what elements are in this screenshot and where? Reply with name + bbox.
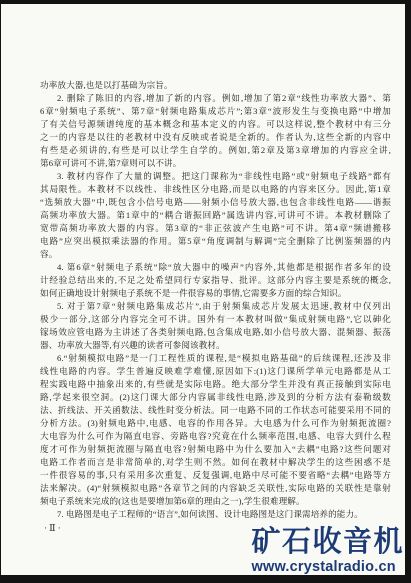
text-line: 3. 教材内容作了大量的调整。把这门课称为“非线性电路”或“射频电子线路”都有 (40, 170, 391, 183)
crystalradio-watermark: 矿石收音机 www.crystalradio.cn (251, 527, 404, 575)
text-line: 容。 (40, 248, 391, 261)
scanned-book-page: 功率放大器,也是以打基础为宗旨。2. 删除了陈旧的内容,增加了新的内容。例如,增… (0, 0, 411, 583)
text-line: 之一的内容是以往的老教材中没有反映或者说是全新的。作者认为,这些全新的内容中 (40, 131, 391, 144)
text-line: 6章“射频电子系统”、第7章“射频电路集成芯片”;第3章“波形发生与变换电路”中… (40, 105, 391, 118)
text-line: 宽带高频功率放大器的内容。第3章的“非正弦波产生电路”可不讲。第4章“频谱搬移 (40, 222, 391, 235)
watermark-logo-text: 矿石收音机 (251, 527, 404, 558)
text-line: 电路”应突出模拟乘法器的作用。第5章“角度调制与解调”完全删除了比例鉴频器的内 (40, 235, 391, 248)
text-line: 极少一部分,这部分内容完全可不讲。国外有一本教材叫做“集成射频电路”,它以砷化 (40, 313, 391, 326)
text-line: 计经验总结出来的,不足之处希望同行专家指导、批评。这部分内容主要是系统的概念, (40, 274, 391, 287)
page-text: 功率放大器,也是以打基础为宗旨。2. 删除了陈旧的内容,增加了新的内容。例如,增… (40, 79, 391, 521)
scan-border-left (0, 0, 1, 583)
text-line: 程实践电路中抽象出来的,有些就是实际电路。绝大部分学生并没有真正接触到实际电 (40, 378, 391, 391)
text-line: 7. 电路图是电子工程师的“语言”,如何读图、设计电路图是这门课需培养的能力。 (40, 508, 391, 521)
text-line: 器、功率放大器等,有兴趣的读者可参阅该教材。 (40, 339, 391, 352)
text-line: 线性电路的内容。学生普遍反映难学难懂,原因如下:(1)这门课所学单元电路都是从工 (40, 365, 391, 378)
text-line: 镓场效应管电路为主讲述了各类射频电路,包含集成电路,如小信号放大器、混频器、振荡 (40, 326, 391, 339)
text-line: 度才可作为射频扼流圈与隔直电容?射频电路中为什么要加入“去耦”电路?这些问题对 (40, 443, 391, 456)
text-line: 6.“射频模拟电路”是一门工程性质的课程,是“模拟电路基础”的后续课程,还涉及非 (40, 352, 391, 365)
text-line: 路,学起来很空洞。(2)这门课大部分内容属非线性电路,涉及到的分析方法有泰勒级数 (40, 391, 391, 404)
text-line: 电路工作者而言是非常简单的,对学生则不然。如何在教材中解决学生的这些困惑不是 (40, 456, 391, 469)
text-line: 功率放大器,也是以打基础为宗旨。 (40, 79, 391, 92)
scan-border-bottom (0, 575, 411, 583)
text-line: 大电容为什么可作为隔直电容、旁路电容?究竟在什么频率范围,电感、电容大到什么程 (40, 430, 391, 443)
watermark-url: www.crystalradio.cn (251, 560, 404, 575)
text-line: 其局限性。本教材不以线性、非线性区分电路,而是以电路的内容来区分。因此,第1章 (40, 183, 391, 196)
text-line: “选频放大器”中,既包含小信号电路——射频小信号放大器,也包含非线性电路——谐振 (40, 196, 391, 209)
scan-border-right (405, 0, 411, 583)
text-line: 第6章可讲可不讲,第7章则可以不讲。 (40, 157, 391, 170)
text-line: 高频功率放大器。第1章中的“耦合谐振回路”属选讲内容,可讲可不讲。本教材删除了 (40, 209, 391, 222)
text-line: 有些是必须讲的,有些是可以让学生自学的。例如,第2章及第3章增加的内容应全讲, (40, 144, 391, 157)
scan-border-top (0, 0, 411, 4)
text-line: 法来解决。(4)“射频模拟电路”各章节之间的内容缺乏关联性,实际电路的关联性是靠… (40, 482, 391, 495)
text-line: 分析方法。(3)射频电路中,电感、电容的作用各异。大电感为什么可作为射频扼流圈? (40, 417, 391, 430)
text-line: 了有关信号源频谱纯度的基本概念和基本定义的内容。可以这样说,整个教材中有三分 (40, 118, 391, 131)
text-line: 频电子系统来完成的(这也是要增加第6章的理由之一),学生很难理解。 (40, 495, 391, 508)
text-line: 5. 对于第7章“射频电路集成芯片”,由于射频集成芯片发展太迅速,教材中仅列出 (40, 300, 391, 313)
text-line: 如何正确地设计射频电子系统不是一件很容易的事情,它需要多方面的综合知识。 (40, 287, 391, 300)
text-line: 一件很容易的事,只有采用多次重复、反复强调,电路中尽可能不要省略“去耦”电路等方 (40, 469, 391, 482)
text-line: 4. 第6章“射频电子系统”除“放大器中的噪声”内容外,其他都是根据作者多年的设 (40, 261, 391, 274)
page-number: ·Ⅱ· (44, 523, 63, 534)
text-line: 法、折线法、开关函数法、线性时变分析法。同一电路不同的工作状态可能要采用不同的 (40, 404, 391, 417)
text-line: 2. 删除了陈旧的内容,增加了新的内容。例如,增加了第2章“线性功率放大器”、第 (40, 92, 391, 105)
